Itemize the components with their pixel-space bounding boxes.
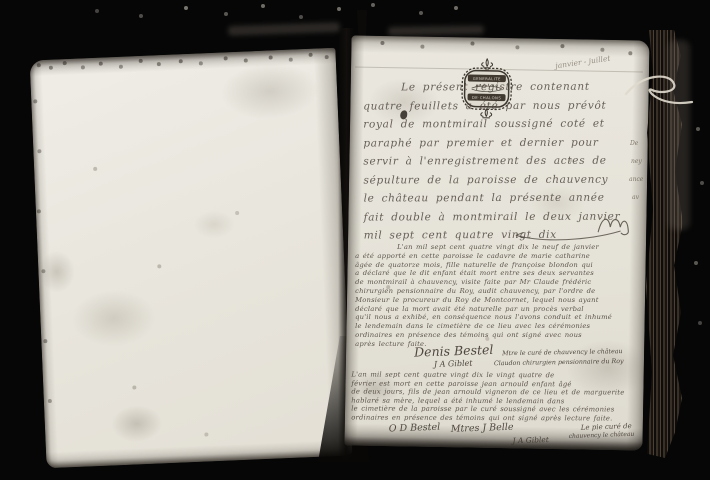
line: de montmirail à chauvency, visite faite …	[355, 278, 643, 287]
line: déclaré que la mort avait été naturelle …	[355, 305, 643, 314]
edge-text-fragment: ney	[631, 158, 642, 165]
signature: J A Giblet	[512, 435, 549, 445]
edge-text-fragment: De	[630, 140, 638, 147]
burial-act-january: L'an mil sept cent quatre vingt dix le n…	[355, 243, 643, 349]
line: royal de montmirail soussigné coté et	[363, 115, 635, 134]
signature: chauvency le château	[569, 431, 635, 440]
signature: Claudon chirurgien pensionnaire du Roy	[494, 358, 624, 367]
line: a déclaré que le dit enfant était mort e…	[355, 269, 643, 278]
line: âgée de quatorze mois, fille naturelle d…	[355, 261, 643, 270]
dust-speckles	[0, 0, 2, 2]
foxing-speckles	[352, 35, 354, 37]
line: a été apporté en cette paroisse le cadav…	[355, 252, 643, 261]
line: quatre feuillets a été par nous prévôt	[363, 96, 635, 115]
edge-text-fragment: ance	[629, 176, 643, 183]
line: après lecture faite.	[355, 340, 643, 349]
line: le château pendant la présente année	[364, 189, 636, 208]
signature: O D Bestel	[389, 422, 441, 435]
left-page	[30, 48, 353, 468]
line: chirurgien pensionnaire du Roy, audit ch…	[355, 287, 643, 296]
signature: Mtres J Belle	[451, 422, 514, 435]
edge-text-fragment: av	[632, 194, 639, 201]
page-edge-smudge	[228, 22, 340, 36]
line: servir à l'enregistrement des actes de	[363, 152, 635, 171]
signature: J A Giblet	[434, 359, 473, 369]
page-edge-smudge	[388, 25, 484, 36]
register-scan: GENERALITE DE·CHALONS janvier - juillet …	[0, 0, 710, 480]
burial-act-february: L'an mil sept cent quatre vingt dix le v…	[351, 371, 643, 424]
signature: Mtre le curé de chauvency le château	[502, 348, 623, 357]
line: Monsieur le procureur du Roy de Montcorn…	[355, 296, 643, 305]
line: paraphé par premier et dernier pour	[363, 133, 635, 152]
line: ordinaires en présence des témoins qui o…	[355, 331, 643, 340]
line: sépulture de la paroisse de chauvency	[363, 170, 635, 189]
line: L'an mil sept cent quatre vingt dix le n…	[355, 243, 643, 252]
binding-thread	[622, 68, 700, 128]
line: qu'il nous a exhibé, en conséquence nous…	[355, 313, 643, 322]
line: Le présent registre contenant	[363, 78, 635, 97]
foxing-speckles	[30, 61, 32, 63]
right-page: GENERALITE DE·CHALONS janvier - juillet …	[344, 35, 649, 450]
line: le lendemain dans le cimetière de ce lie…	[355, 322, 643, 331]
archivist-note: janvier - juillet	[555, 54, 611, 71]
signature: Denis Bestel	[414, 342, 494, 360]
